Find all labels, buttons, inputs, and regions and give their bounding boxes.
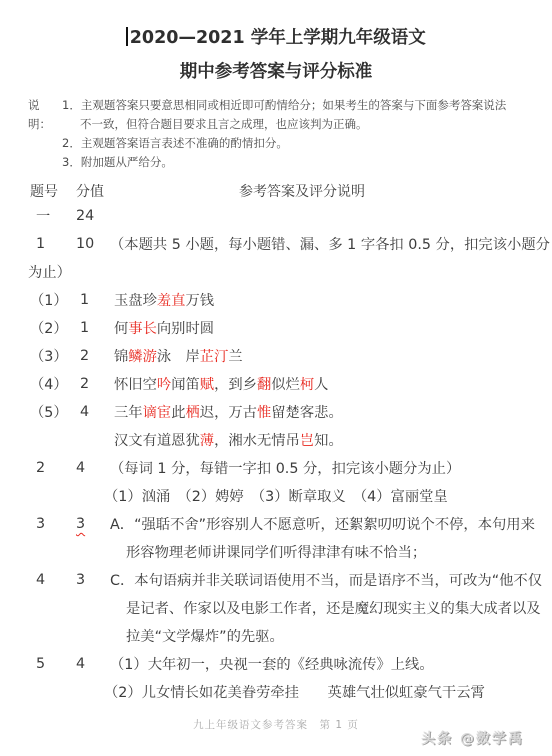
answer-correction-red: 薄 — [200, 433, 214, 449]
answer-text: ，湘水无情吊 — [214, 433, 300, 449]
answer-line: 是记者、作家以及电影工作者，还是魔幻现实主义的集大成者以及 — [0, 594, 552, 622]
question-number: （2） — [30, 318, 80, 338]
answer-line: （1） 1 玉盘珍羞直万钱 — [0, 286, 552, 314]
answer-correction-red: 赋 — [200, 377, 214, 393]
notes-section: 说明： 1．主观题答案只要意思相同或相近即可酌情给分；如果考生的答案与下面参考答… — [0, 96, 552, 172]
question-score: 1 — [80, 292, 114, 308]
answer-text: 迟，万古 — [200, 405, 257, 421]
answer-content: 怀旧空吟闻笛赋，到乡翻似烂柯人 — [114, 374, 328, 394]
answer-content: 锦鳞游泳 岸芷汀兰 — [114, 346, 243, 366]
answer-text: （1）汹涌 （2）娉婷 （3）断章取义 （4）富丽堂皇 — [104, 489, 448, 505]
question-number: （1） — [30, 290, 80, 310]
answer-correction-red: 岂 — [300, 433, 314, 449]
answer-text: 似烂 — [271, 377, 300, 393]
answer-text: 知。 — [314, 433, 343, 449]
answer-content: 玉盘珍羞直万钱 — [114, 290, 214, 310]
answer-text: （每词 1 分，每错一字扣 0.5 分，扣完该小题分为止） — [110, 461, 460, 477]
answer-text: 怀旧空 — [114, 377, 157, 393]
answer-line: 5 4 （1）大年初一，央视一套的《经典咏流传》上线。 — [0, 650, 552, 678]
answer-line: （1）汹涌 （2）娉婷 （3）断章取义 （4）富丽堂皇 — [0, 482, 552, 510]
answer-text: （1）大年初一，央视一套的《经典咏流传》上线。 — [110, 657, 434, 673]
answer-correction-red: 芷汀 — [200, 349, 229, 365]
answer-line: 为止） — [0, 258, 552, 286]
answer-content: 三年谪宦此栖迟，万古惟留楚客悲。 — [114, 402, 343, 422]
question-number: 2 — [30, 460, 76, 476]
answer-correction-red: 事长 — [128, 321, 157, 337]
answer-text: 万钱 — [185, 293, 214, 309]
answer-line: （2）儿女情长如花美眷劳牵挂 英雄气壮似虹豪气干云霄 — [0, 678, 552, 706]
answer-line: 形容物理老师讲课同学们听得津津有味不恰当； — [0, 538, 552, 566]
text-cursor — [126, 27, 128, 46]
question-score: 4 — [76, 656, 110, 672]
answer-text: 兰 — [228, 349, 242, 365]
answer-content: C．本句语病并非关联词语使用不当，而是语序不当，可改为“他不仅 — [110, 570, 542, 590]
question-score: 2 — [80, 348, 114, 364]
question-score: 1 — [80, 320, 114, 336]
question-number: （5） — [30, 402, 80, 422]
question-number: 一 — [30, 206, 76, 226]
answer-text: 是记者、作家以及电影工作者，还是魔幻现实主义的集大成者以及 — [126, 601, 541, 617]
answer-content: 为止） — [28, 262, 71, 282]
answer-content: （每词 1 分，每错一字扣 0.5 分，扣完该小题分为止） — [110, 458, 460, 478]
question-number: （4） — [30, 374, 80, 394]
answer-content: 汉文有道恩犹薄，湘水无情吊岂知。 — [114, 430, 343, 450]
note-item: 2．主观题答案语言表述不准确的酌情扣分。 — [62, 134, 512, 153]
answer-text: 为止） — [28, 265, 71, 281]
answer-correction-red: 吟 — [157, 377, 171, 393]
answer-text: 玉盘珍 — [114, 293, 157, 309]
answer-text: 何 — [114, 321, 128, 337]
answer-content: 是记者、作家以及电影工作者，还是魔幻现实主义的集大成者以及 — [126, 598, 541, 618]
notes-label: 说明： — [28, 96, 62, 172]
answer-content: 拉美“文学爆炸”的先驱。 — [126, 626, 284, 646]
answer-correction-red: 柯 — [300, 377, 314, 393]
answer-text: C．本句语病并非关联词语使用不当，而是语序不当，可改为“他不仅 — [110, 573, 542, 589]
answer-text: 留楚客悲。 — [271, 405, 342, 421]
answer-line: 一 24 — [0, 202, 552, 230]
answer-correction-red: 惟 — [257, 405, 271, 421]
answer-text: （本题共 5 小题，每小题错、漏、多 1 字各扣 0.5 分，扣完该小题分 — [110, 237, 550, 253]
answer-content: （2）儿女情长如花美眷劳牵挂 英雄气壮似虹豪气干云霄 — [104, 682, 485, 702]
answer-content: （1）汹涌 （2）娉婷 （3）断章取义 （4）富丽堂皇 — [104, 486, 448, 506]
question-score: 4 — [80, 404, 114, 420]
question-score: 3 — [76, 572, 110, 588]
document-page: 2020—2021 学年上学期九年级语文 期中参考答案与评分标准 说明： 1．主… — [0, 0, 552, 756]
answer-text: ，到乡 — [214, 377, 257, 393]
question-score: 2 — [80, 376, 114, 392]
answer-text: 形容物理老师讲课同学们听得津津有味不恰当； — [126, 545, 426, 561]
question-number: 5 — [30, 656, 76, 672]
answer-content: A．“强聒不舍”形容别人不愿意听，还絮絮叨叨说个不停，本句用来 — [110, 514, 535, 534]
answer-correction-red: 翻 — [257, 377, 271, 393]
note-item: 3．附加题从严给分。 — [62, 153, 512, 172]
page-subtitle: 期中参考答案与评分标准 — [0, 60, 552, 84]
note-item: 1．主观题答案只要意思相同或相近即可酌情给分；如果考生的答案与下面参考答案说法不… — [62, 96, 512, 134]
question-score: 24 — [76, 208, 110, 224]
notes-list: 1．主观题答案只要意思相同或相近即可酌情给分；如果考生的答案与下面参考答案说法不… — [62, 96, 552, 172]
page-title: 2020—2021 学年上学期九年级语文 — [0, 26, 552, 50]
question-number: 1 — [30, 236, 76, 252]
watermark: 头条 @数学禹 — [421, 728, 524, 748]
question-score: 10 — [76, 236, 110, 252]
header-answer-description: 参考答案及评分说明 — [122, 181, 552, 201]
question-number: 4 — [30, 572, 76, 588]
question-number: （3） — [30, 346, 80, 366]
answer-line: 2 4 （每词 1 分，每错一字扣 0.5 分，扣完该小题分为止） — [0, 454, 552, 482]
answer-text: （2）儿女情长如花美眷劳牵挂 英雄气壮似虹豪气干云霄 — [104, 685, 485, 701]
answer-correction-red: 栖 — [185, 405, 199, 421]
page-title-text: 2020—2021 学年上学期九年级语文 — [130, 28, 426, 48]
answer-line: （5） 4 三年谪宦此栖迟，万古惟留楚客悲。 — [0, 398, 552, 426]
answer-line: 汉文有道恩犹薄，湘水无情吊岂知。 — [0, 426, 552, 454]
answer-content: （本题共 5 小题，每小题错、漏、多 1 字各扣 0.5 分，扣完该小题分 — [110, 234, 550, 254]
answer-text: 闻笛 — [171, 377, 200, 393]
table-header: 题号 分值 参考答案及评分说明 — [0, 179, 552, 202]
answer-correction-red: 谪宦 — [143, 405, 172, 421]
answer-line: 3 3 A．“强聒不舍”形容别人不愿意听，还絮絮叨叨说个不停，本句用来 — [0, 510, 552, 538]
answer-text: 向别时圆 — [157, 321, 214, 337]
answer-content: 何事长向别时圆 — [114, 318, 214, 338]
answer-content: （1）大年初一，央视一套的《经典咏流传》上线。 — [110, 654, 434, 674]
answer-correction-red: 羞直 — [157, 293, 186, 309]
header-question-number: 题号 — [30, 181, 76, 201]
answer-line: 4 3 C．本句语病并非关联词语使用不当，而是语序不当，可改为“他不仅 — [0, 566, 552, 594]
answer-text: A．“强聒不舍”形容别人不愿意听，还絮絮叨叨说个不停，本句用来 — [110, 517, 535, 533]
answer-correction-red: 鳞游 — [128, 349, 157, 365]
answer-text: 锦 — [114, 349, 128, 365]
answer-text: 泳 岸 — [157, 349, 200, 365]
answer-text: 此 — [171, 405, 185, 421]
question-number: 3 — [30, 516, 76, 532]
question-score: 4 — [76, 460, 110, 476]
answer-text: 汉文有道恩犹 — [114, 433, 200, 449]
answer-content: 形容物理老师讲课同学们听得津津有味不恰当； — [126, 542, 426, 562]
answer-text: 人 — [314, 377, 328, 393]
answer-lines: 一 24 1 10 （本题共 5 小题，每小题错、漏、多 1 字各扣 0.5 分… — [0, 202, 552, 706]
answer-line: 1 10 （本题共 5 小题，每小题错、漏、多 1 字各扣 0.5 分，扣完该小… — [0, 230, 552, 258]
header-score: 分值 — [76, 181, 122, 201]
answer-line: （3） 2 锦鳞游泳 岸芷汀兰 — [0, 342, 552, 370]
answer-text: 三年 — [114, 405, 143, 421]
answer-line: 拉美“文学爆炸”的先驱。 — [0, 622, 552, 650]
answer-text: 拉美“文学爆炸”的先驱。 — [126, 629, 284, 645]
question-score: 3 — [76, 516, 110, 532]
answer-line: （4） 2 怀旧空吟闻笛赋，到乡翻似烂柯人 — [0, 370, 552, 398]
answer-line: （2） 1 何事长向别时圆 — [0, 314, 552, 342]
